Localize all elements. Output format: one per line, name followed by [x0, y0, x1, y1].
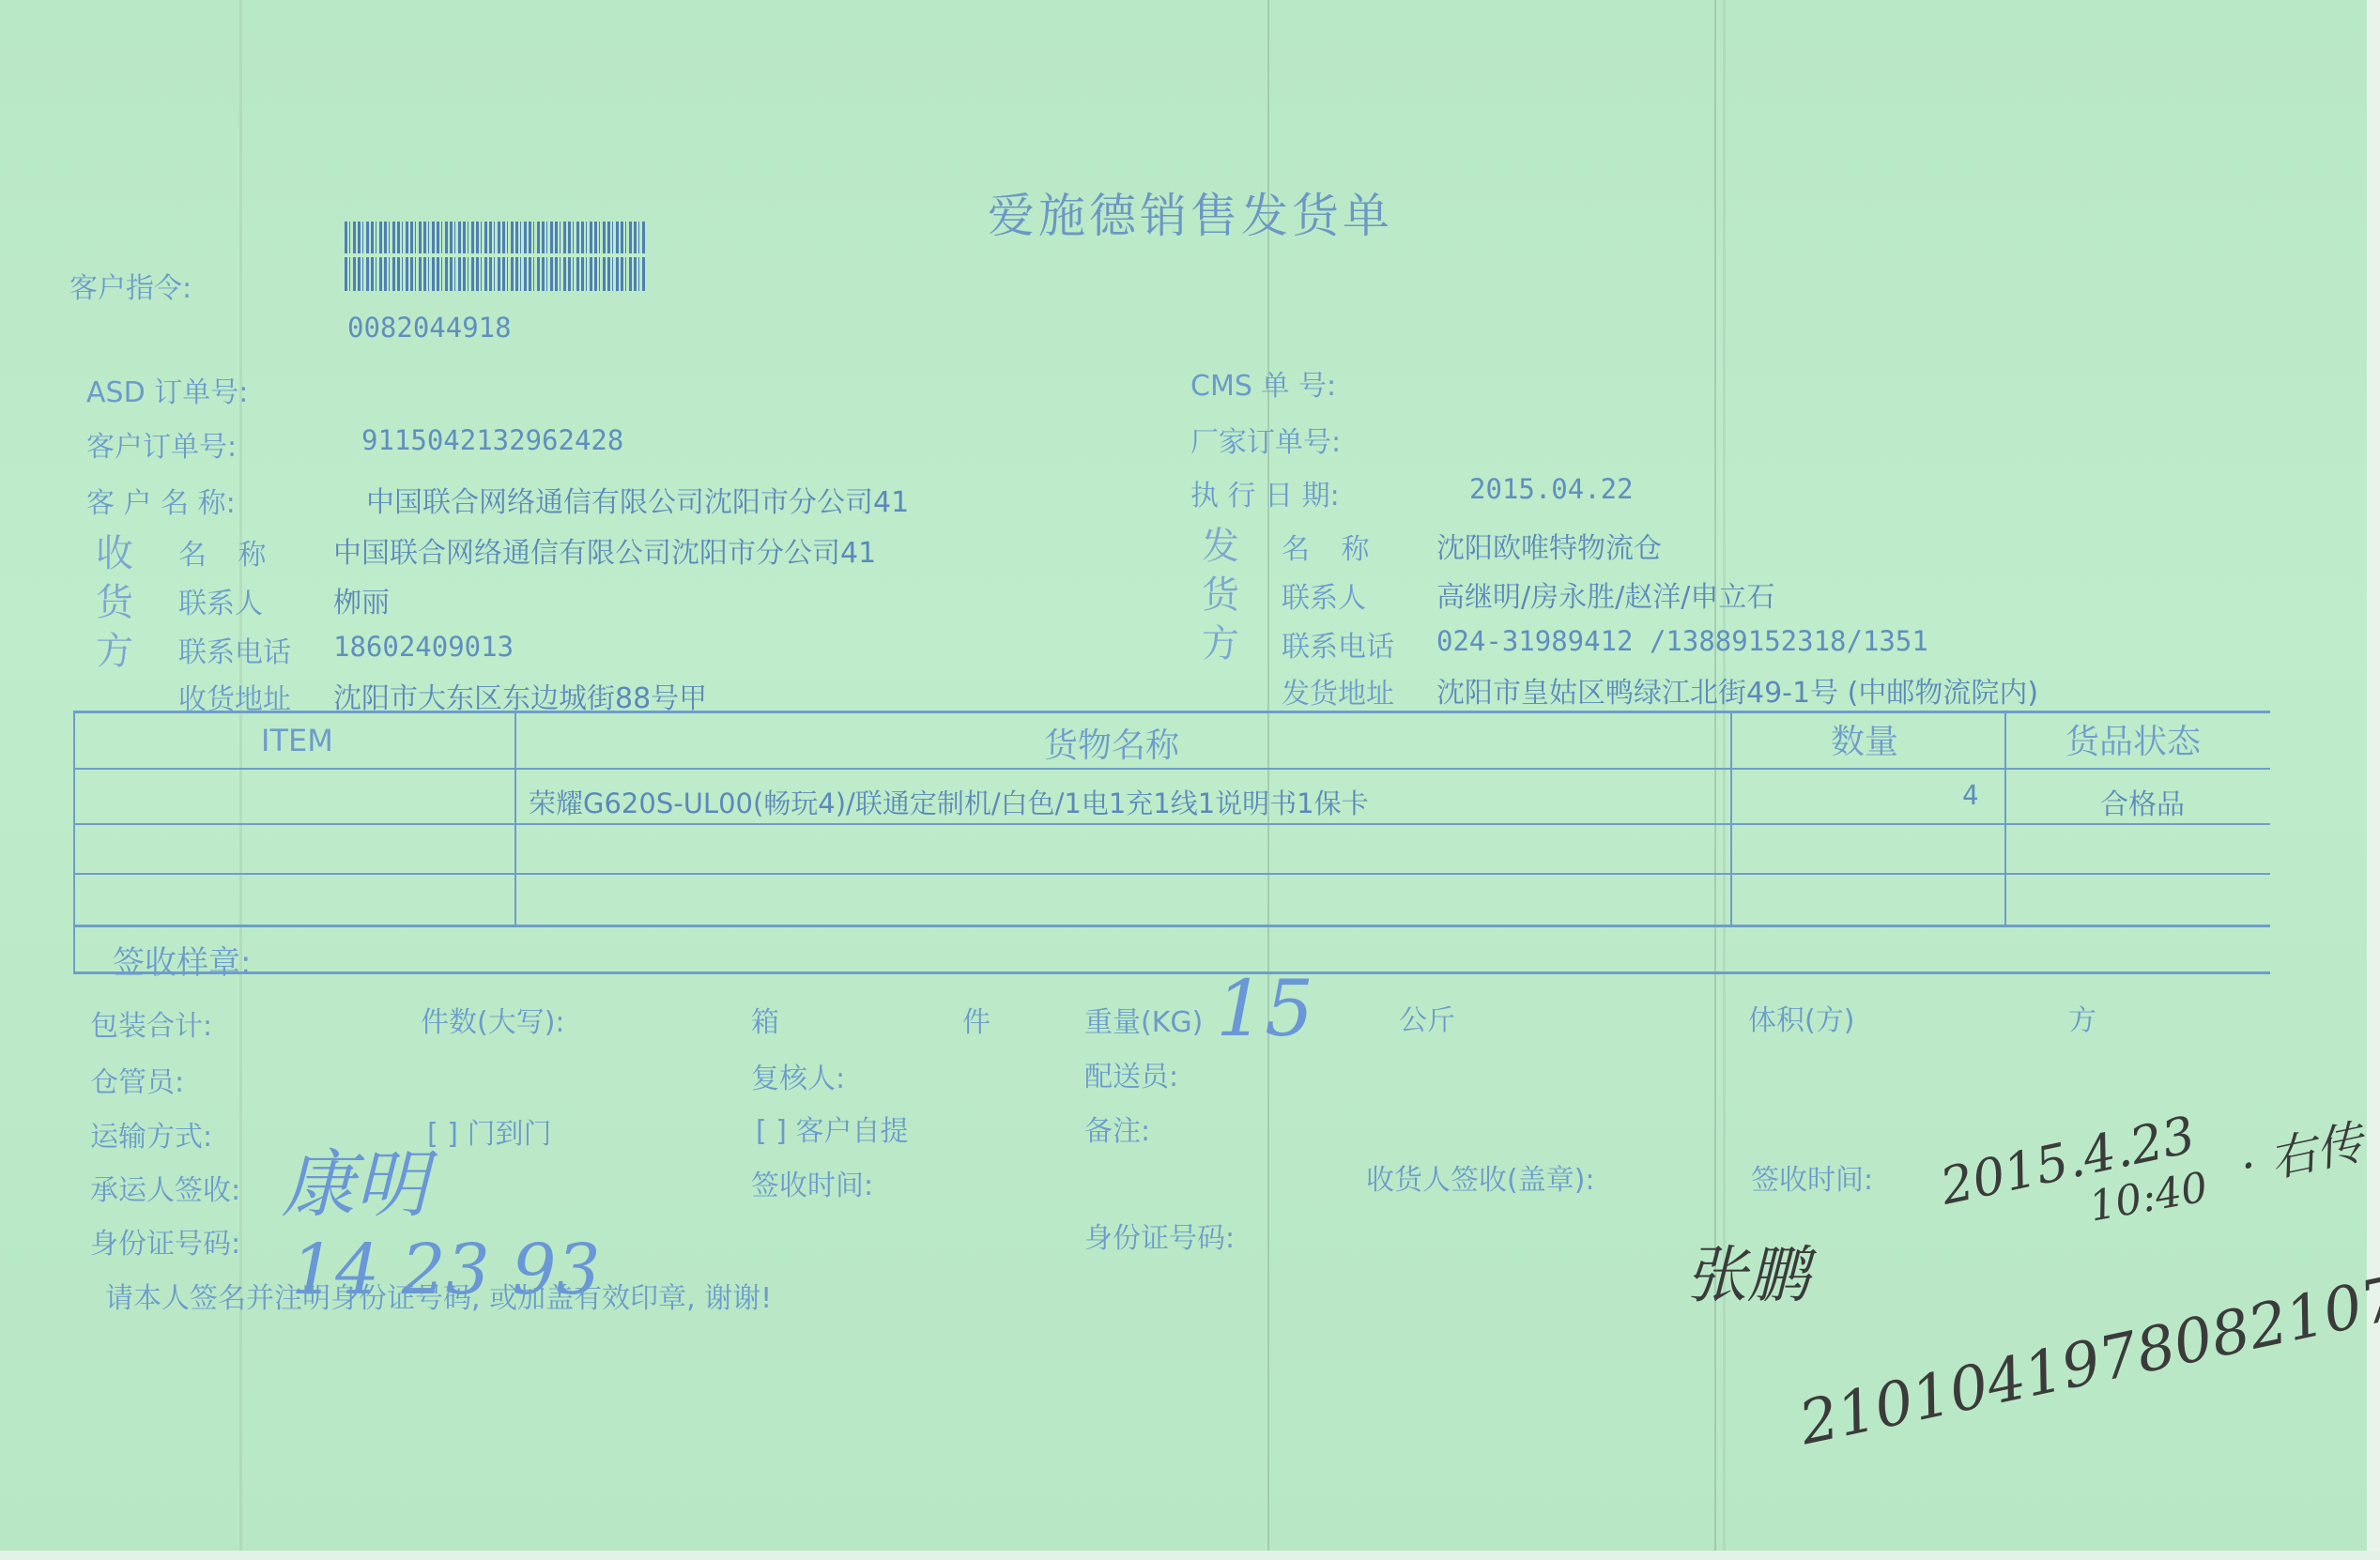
receiver-sign-time-label: 签收时间: [1751, 1156, 1873, 1198]
table-row-status: 合格品 [2100, 781, 2185, 822]
table-border [73, 711, 75, 973]
exec-date-value: 2015.04.22 [1469, 473, 1634, 505]
receiver-sign-label: 收货人签收(盖章): [1366, 1156, 1595, 1198]
table-row-divider [73, 873, 2270, 875]
customer-name-value: 中国联合网络通信有限公司沈阳市分公司41 [366, 479, 909, 520]
shipper-phone-label: 联系电话 [1282, 623, 1394, 665]
volume-label: 体积(方) [1748, 997, 1854, 1038]
box-label: 箱 [751, 999, 779, 1040]
receiver-side-char: 收 [96, 524, 133, 577]
sign-stamp-label: 签收样章: [113, 937, 251, 983]
paper-edge [0, 1551, 2380, 1560]
column-header-status: 货品状态 [2065, 715, 2201, 763]
paper-fold-line [239, 0, 242, 1560]
warehouse-keeper-label: 仓管员: [90, 1059, 184, 1100]
asd-order-label: ASD 订单号: [86, 369, 248, 410]
exec-date-label: 执 行 日 期: [1190, 472, 1340, 513]
shipper-name-label: 名 称 [1282, 526, 1381, 567]
shipper-address: 沈阳市皇姑区鸭绿江北街49-1号 (中邮物流院内) [1436, 669, 2038, 711]
receiver-side-char: 货 [96, 573, 133, 626]
self-pickup-option: [ ] 客户自提 [756, 1108, 908, 1149]
remark-label: 备注: [1084, 1108, 1150, 1149]
table-column-divider [1730, 711, 1732, 926]
table-border [73, 971, 2270, 974]
table-column-divider [2004, 711, 2006, 926]
table-row-divider [73, 768, 2270, 770]
carrier-id-label: 身份证号码: [90, 1220, 240, 1262]
table-row-divider [73, 925, 2270, 927]
barcode-number: 0082044918 [347, 312, 512, 344]
paper-fold-line [1723, 0, 1726, 1560]
weight-handwritten: 15 [1216, 965, 1313, 1054]
transport-label: 运输方式: [90, 1113, 212, 1155]
carrier-sign-time-label: 签收时间: [751, 1162, 873, 1203]
receiver-name: 中国联合网络通信有限公司沈阳市分公司41 [333, 529, 876, 571]
receiver-id-label: 身份证号码: [1084, 1215, 1235, 1256]
cms-no-label: CMS 单 号: [1190, 362, 1336, 404]
receiver-signature: 张鹏 [1685, 1225, 1809, 1314]
shipper-side-char: 发 [1202, 516, 1239, 570]
receiver-sign-time-suffix: · 右传 [2234, 1105, 2369, 1197]
kg-unit: 公斤 [1399, 997, 1455, 1038]
shipper-contact-label: 联系人 [1282, 574, 1366, 616]
shipper-address-label: 发货地址 [1282, 670, 1394, 711]
receiver-side-char: 方 [96, 621, 133, 675]
customer-name-label: 客 户 名 称: [86, 480, 236, 521]
table-row-qty: 4 [1962, 779, 1978, 811]
receiver-id-handwritten: 210104197808210721 [1793, 1248, 2380, 1460]
column-header-qty: 数量 [1831, 715, 1898, 763]
receiver-contact: 栁丽 [333, 579, 390, 620]
table-row-name: 荣耀G620S-UL00(畅玩4)/联通定制机/白色/1电1充1线1说明书1保卡 [529, 783, 1369, 821]
reviewer-label: 复核人: [751, 1055, 845, 1096]
customer-order-label: 客户订单号: [86, 423, 237, 465]
piece-label: 件 [962, 999, 990, 1040]
table-column-divider [514, 711, 516, 926]
notice-text: 请本人签名并注明身份证号码, 或加盖有效印章, 谢谢! [105, 1275, 772, 1316]
volume-unit: 方 [2068, 997, 2096, 1038]
shipper-phone: 024-31989412 /13889152318/1351 [1436, 625, 1928, 657]
shipper-name: 沈阳欧唯特物流仓 [1436, 525, 1662, 566]
receiver-name-label: 名 称 [178, 531, 278, 573]
pieces-label: 件数(大写): [421, 999, 565, 1040]
delivery-person-label: 配送员: [1084, 1053, 1178, 1094]
customer-order-value: 9115042132962428 [361, 424, 623, 456]
column-header-item: ITEM [261, 723, 333, 758]
door-to-door-option: [ ] 门到门 [427, 1110, 551, 1152]
shipper-side-char: 方 [1202, 614, 1239, 667]
receiver-phone: 18602409013 [333, 631, 514, 663]
paper-fold-line [1714, 0, 1716, 1560]
customer-instruction-label: 客户指令: [69, 265, 192, 306]
table-border [73, 711, 2270, 713]
document-title: 爱施德销售发货单 [988, 178, 1393, 246]
carrier-sign-label: 承运人签收: [90, 1167, 240, 1208]
carrier-signature: 康明 [282, 1126, 428, 1231]
packing-total-label: 包装合计: [90, 1002, 212, 1044]
barcode [345, 222, 647, 291]
shipper-contact: 高继明/房永胜/赵洋/申立石 [1436, 574, 1774, 615]
weight-label: 重量(KG) [1084, 999, 1203, 1040]
column-header-name: 货物名称 [1044, 719, 1179, 767]
table-row-divider [73, 823, 2270, 825]
shipper-side-char: 货 [1202, 565, 1239, 619]
factory-order-label: 厂家订单号: [1190, 419, 1341, 460]
receiver-phone-label: 联系电话 [178, 629, 291, 670]
receiver-contact-label: 联系人 [178, 580, 263, 621]
